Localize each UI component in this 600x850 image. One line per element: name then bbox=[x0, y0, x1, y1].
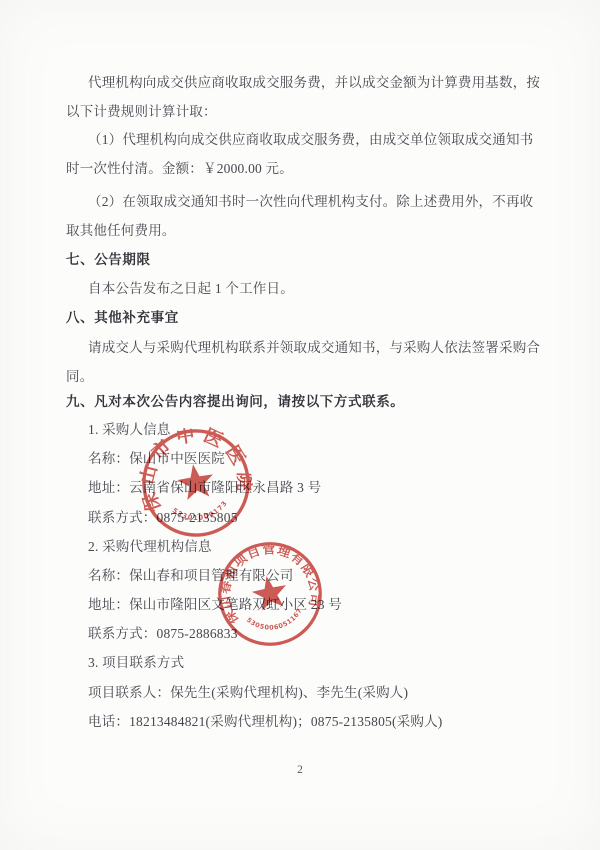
fee-intro-line1: 代理机构向成交供应商收取成交服务费，并以成交金额为计算费用基数，按 bbox=[88, 73, 540, 93]
star-icon bbox=[249, 573, 290, 612]
section8-body-line1: 请成交人与采购代理机构联系并领取成交通知书，与采购人依法签署采购合 bbox=[88, 338, 540, 358]
fee-item2-line2: 取其他任何费用。 bbox=[66, 221, 176, 241]
fee-item1-line1: （1）代理机构向成交供应商收取成交服务费，由成交单位领取成交通知书 bbox=[88, 130, 533, 150]
section7-heading: 七、公告期限 bbox=[66, 250, 151, 270]
section8-body-line2: 同。 bbox=[66, 367, 93, 387]
fee-item1-line2: 时一次性付清。金额：￥2000.00 元。 bbox=[66, 159, 293, 179]
project-title: 3. 项目联系方式 bbox=[88, 653, 184, 673]
project-contacts: 项目联系人：保先生(采购代理机构)、李先生(采购人) bbox=[88, 683, 408, 703]
section8-heading: 八、其他补充事宜 bbox=[66, 308, 179, 328]
seal-ring-label: 保山市中医医院 bbox=[132, 419, 259, 516]
seal-code: 5305006051167 bbox=[244, 606, 307, 637]
purchaser-official-seal: 保山市中医医院 53301000173 bbox=[132, 419, 260, 547]
section7-body: 自本公告发布之日起 1 个工作日。 bbox=[88, 279, 294, 299]
agency-official-seal: 保山春和项目管理有限公司 5305006051167 bbox=[207, 531, 334, 658]
star-icon bbox=[175, 461, 216, 501]
fee-item2-line1: （2）在领取成交通知书时一次性向代理机构支付。除上述费用外，不再收 bbox=[88, 192, 533, 212]
section9-heading: 九、凡对本次公告内容提出询问，请按以下方式联系。 bbox=[66, 392, 404, 412]
page-number: 2 bbox=[0, 764, 600, 776]
scanned-document-page: 代理机构向成交供应商收取成交服务费，并以成交金额为计算费用基数，按 以下计费规则… bbox=[0, 0, 600, 850]
seal-code: 53301000173 bbox=[170, 498, 232, 526]
agency-phone: 联系方式：0875-2886833 bbox=[88, 624, 238, 644]
fee-intro-line2: 以下计费规则计算计取： bbox=[66, 102, 217, 122]
project-phones: 电话：18213484821(采购代理机构)；0875-2135805(采购人) bbox=[88, 712, 442, 732]
